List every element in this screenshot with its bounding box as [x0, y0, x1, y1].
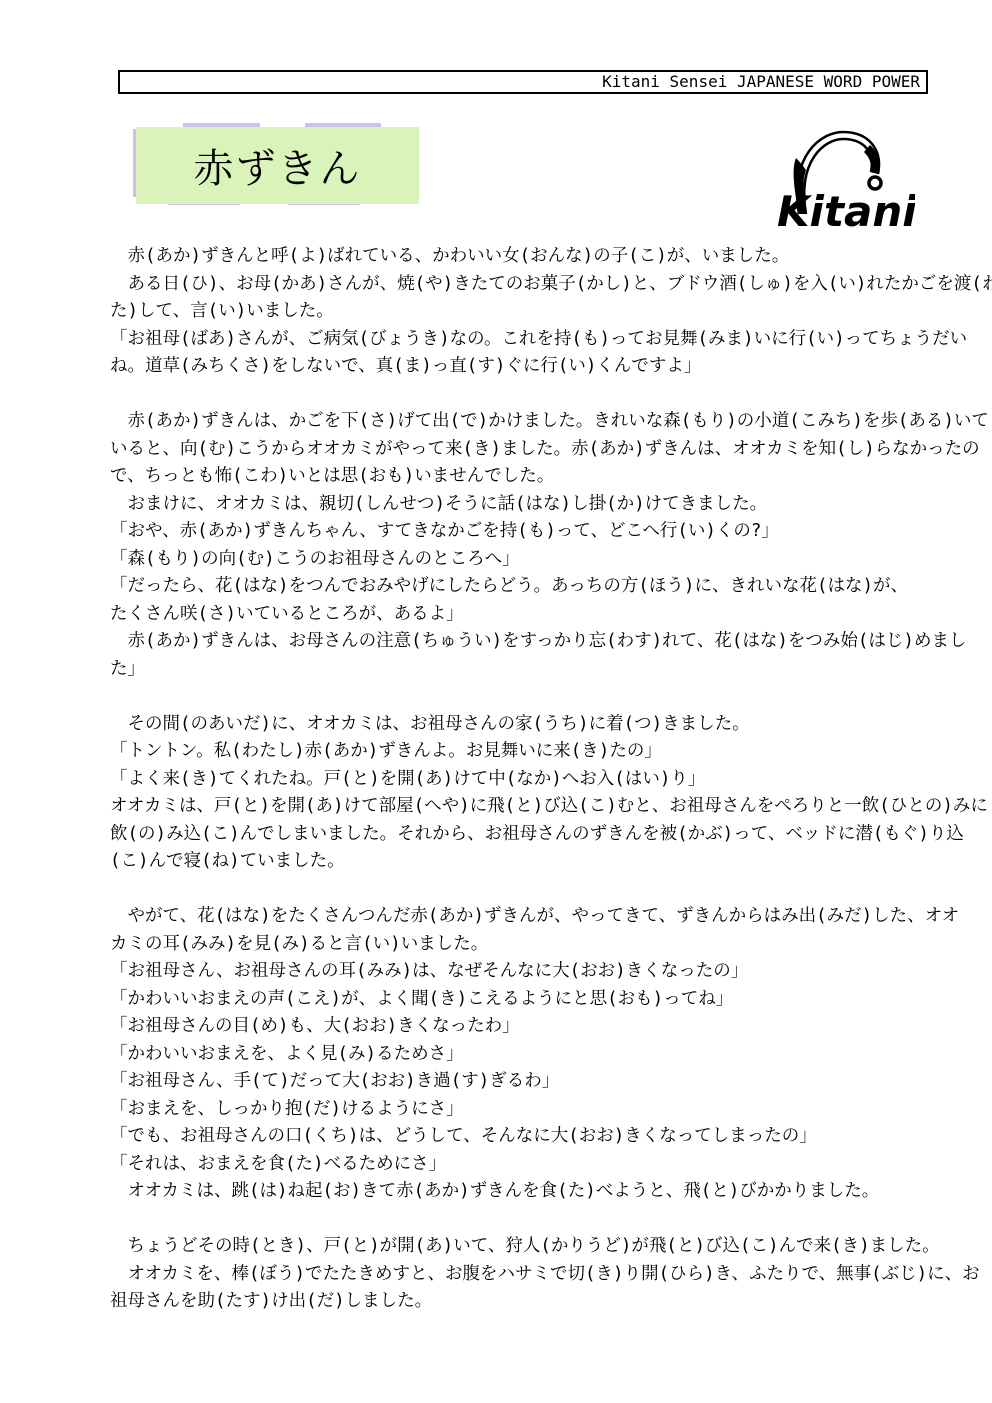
- story-line: (こ)んで寝(ね)ていました。: [110, 848, 960, 876]
- story-line: やがて、花(はな)をたくさんつんだ赤(あか)ずきんが、やってきて、ずきんからはみ…: [110, 903, 960, 931]
- story-paragraph: 赤(あか)ずきんは、かごを下(さ)げて出(で)かけました。きれいな森(もり)の小…: [110, 408, 960, 683]
- kitani-logo: Kitani: [775, 122, 915, 236]
- story-line: 「それは、おまえを食(た)べるためにさ」: [110, 1151, 960, 1179]
- header-banner: Kitani Sensei JAPANESE WORD POWER: [118, 70, 928, 94]
- story-line: 赤(あか)ずきんは、お母さんの注意(ちゅうい)をすっかり忘(わす)れて、花(はな…: [110, 628, 960, 656]
- page-title: 赤ずきん: [194, 137, 362, 194]
- story-line: ちょうどその時(とき)、戸(と)が開(あ)いて、狩人(かりうど)が飛(と)び込(…: [110, 1233, 960, 1261]
- story-line: 「おまえを、しっかり抱(だ)けるようにさ」: [110, 1096, 960, 1124]
- story-line: たくさん咲(さ)いているところが、あるよ」: [110, 601, 960, 629]
- story-line: 「よく来(き)てくれたね。戸(と)を開(あ)けて中(なか)へお入(はい)り」: [110, 766, 960, 794]
- story-line: カミの耳(みみ)を見(み)ると言(い)いました。: [110, 931, 960, 959]
- story-line: 「お祖母(ばあ)さんが、ご病気(びょうき)なの。これを持(も)ってお見舞(みま)…: [110, 326, 960, 354]
- story-paragraph: その間(のあいだ)に、オオカミは、お祖母さんの家(うち)に着(つ)きました。「ト…: [110, 711, 960, 876]
- story-line: 飲(の)み込(こ)んでしまいました。それから、お祖母さんのずきんを被(かぶ)って…: [110, 821, 960, 849]
- story-line: 赤(あか)ずきんは、かごを下(さ)げて出(で)かけました。きれいな森(もり)の小…: [110, 408, 960, 436]
- story-paragraph: やがて、花(はな)をたくさんつんだ赤(あか)ずきんが、やってきて、ずきんからはみ…: [110, 903, 960, 1206]
- story-paragraph: ちょうどその時(とき)、戸(と)が開(あ)いて、狩人(かりうど)が飛(と)び込(…: [110, 1233, 960, 1316]
- story-line: オオカミを、棒(ぼう)でたたきめすと、お腹をハサミで切(き)り開(ひら)き、ふた…: [110, 1261, 960, 1289]
- story-line: いると、向(む)こうからオオカミがやって来(き)ました。赤(あか)ずきんは、オオ…: [110, 436, 960, 464]
- story-line: ある日(ひ)、お母(かあ)さんが、焼(や)きたてのお菓子(かし)と、ブドウ酒(し…: [110, 271, 960, 299]
- story-line: おまけに、オオカミは、親切(しんせつ)そうに話(はな)し掛(か)けてきました。: [110, 491, 960, 519]
- story-title-box: 赤ずきん: [133, 122, 423, 214]
- story-line: 「かわいいおまえの声(こえ)が、よく聞(き)こえるようにと思(おも)ってね」: [110, 986, 960, 1014]
- story-line: た」: [110, 656, 960, 684]
- story-text: 赤(あか)ずきんと呼(よ)ばれている、かわいい女(おんな)の子(こ)が、いました…: [110, 243, 960, 1316]
- story-line: 「森(もり)の向(む)こうのお祖母さんのところへ」: [110, 546, 960, 574]
- story-line: 「だったら、花(はな)をつんでおみやげにしたらどう。あっちの方(ほう)に、きれい…: [110, 573, 960, 601]
- story-line: 「お祖母さん、手(て)だって大(おお)き過(す)ぎるわ」: [110, 1068, 960, 1096]
- header-banner-text: Kitani Sensei JAPANESE WORD POWER: [602, 73, 920, 91]
- story-line: その間(のあいだ)に、オオカミは、お祖母さんの家(うち)に着(つ)きました。: [110, 711, 960, 739]
- story-line: た)して、言(い)いました。: [110, 298, 960, 326]
- kitani-logo-text: Kitani: [777, 187, 915, 236]
- title-background-panel: 赤ずきん: [136, 127, 419, 204]
- story-line: 「でも、お祖母さんの口(くち)は、どうして、そんなに大(おお)きくなってしまった…: [110, 1123, 960, 1151]
- story-line: 「かわいいおまえを、よく見(み)るためさ」: [110, 1041, 960, 1069]
- story-line: 「トントン。私(わたし)赤(あか)ずきんよ。お見舞いに来(き)たの」: [110, 738, 960, 766]
- story-line: オオカミは、戸(と)を開(あ)けて部屋(へや)に飛(と)び込(こ)むと、お祖母さ…: [110, 793, 960, 821]
- story-line: オオカミは、跳(は)ね起(お)きて赤(あか)ずきんを食(た)べようと、飛(と)び…: [110, 1178, 960, 1206]
- story-line: ね。道草(みちくさ)をしないで、真(ま)っ直(す)ぐに行(い)くんですよ」: [110, 353, 960, 381]
- story-line: で、ちっとも怖(こわ)いとは思(おも)いませんでした。: [110, 463, 960, 491]
- story-line: 「お祖母さん、お祖母さんの耳(みみ)は、なぜそんなに大(おお)きくなったの」: [110, 958, 960, 986]
- document-page: Kitani Sensei JAPANESE WORD POWER 赤ずきん K…: [0, 0, 992, 1403]
- story-line: 「お祖母さんの目(め)も、大(おお)きくなったわ」: [110, 1013, 960, 1041]
- story-paragraph: 赤(あか)ずきんと呼(よ)ばれている、かわいい女(おんな)の子(こ)が、いました…: [110, 243, 960, 381]
- story-line: 祖母さんを助(たす)け出(だ)しました。: [110, 1288, 960, 1316]
- story-line: 赤(あか)ずきんと呼(よ)ばれている、かわいい女(おんな)の子(こ)が、いました…: [110, 243, 960, 271]
- story-line: 「おや、赤(あか)ずきんちゃん、すてきなかごを持(も)って、どこへ行(い)くの?…: [110, 518, 960, 546]
- kitani-arc-over-i-logo-icon: Kitani: [775, 122, 915, 236]
